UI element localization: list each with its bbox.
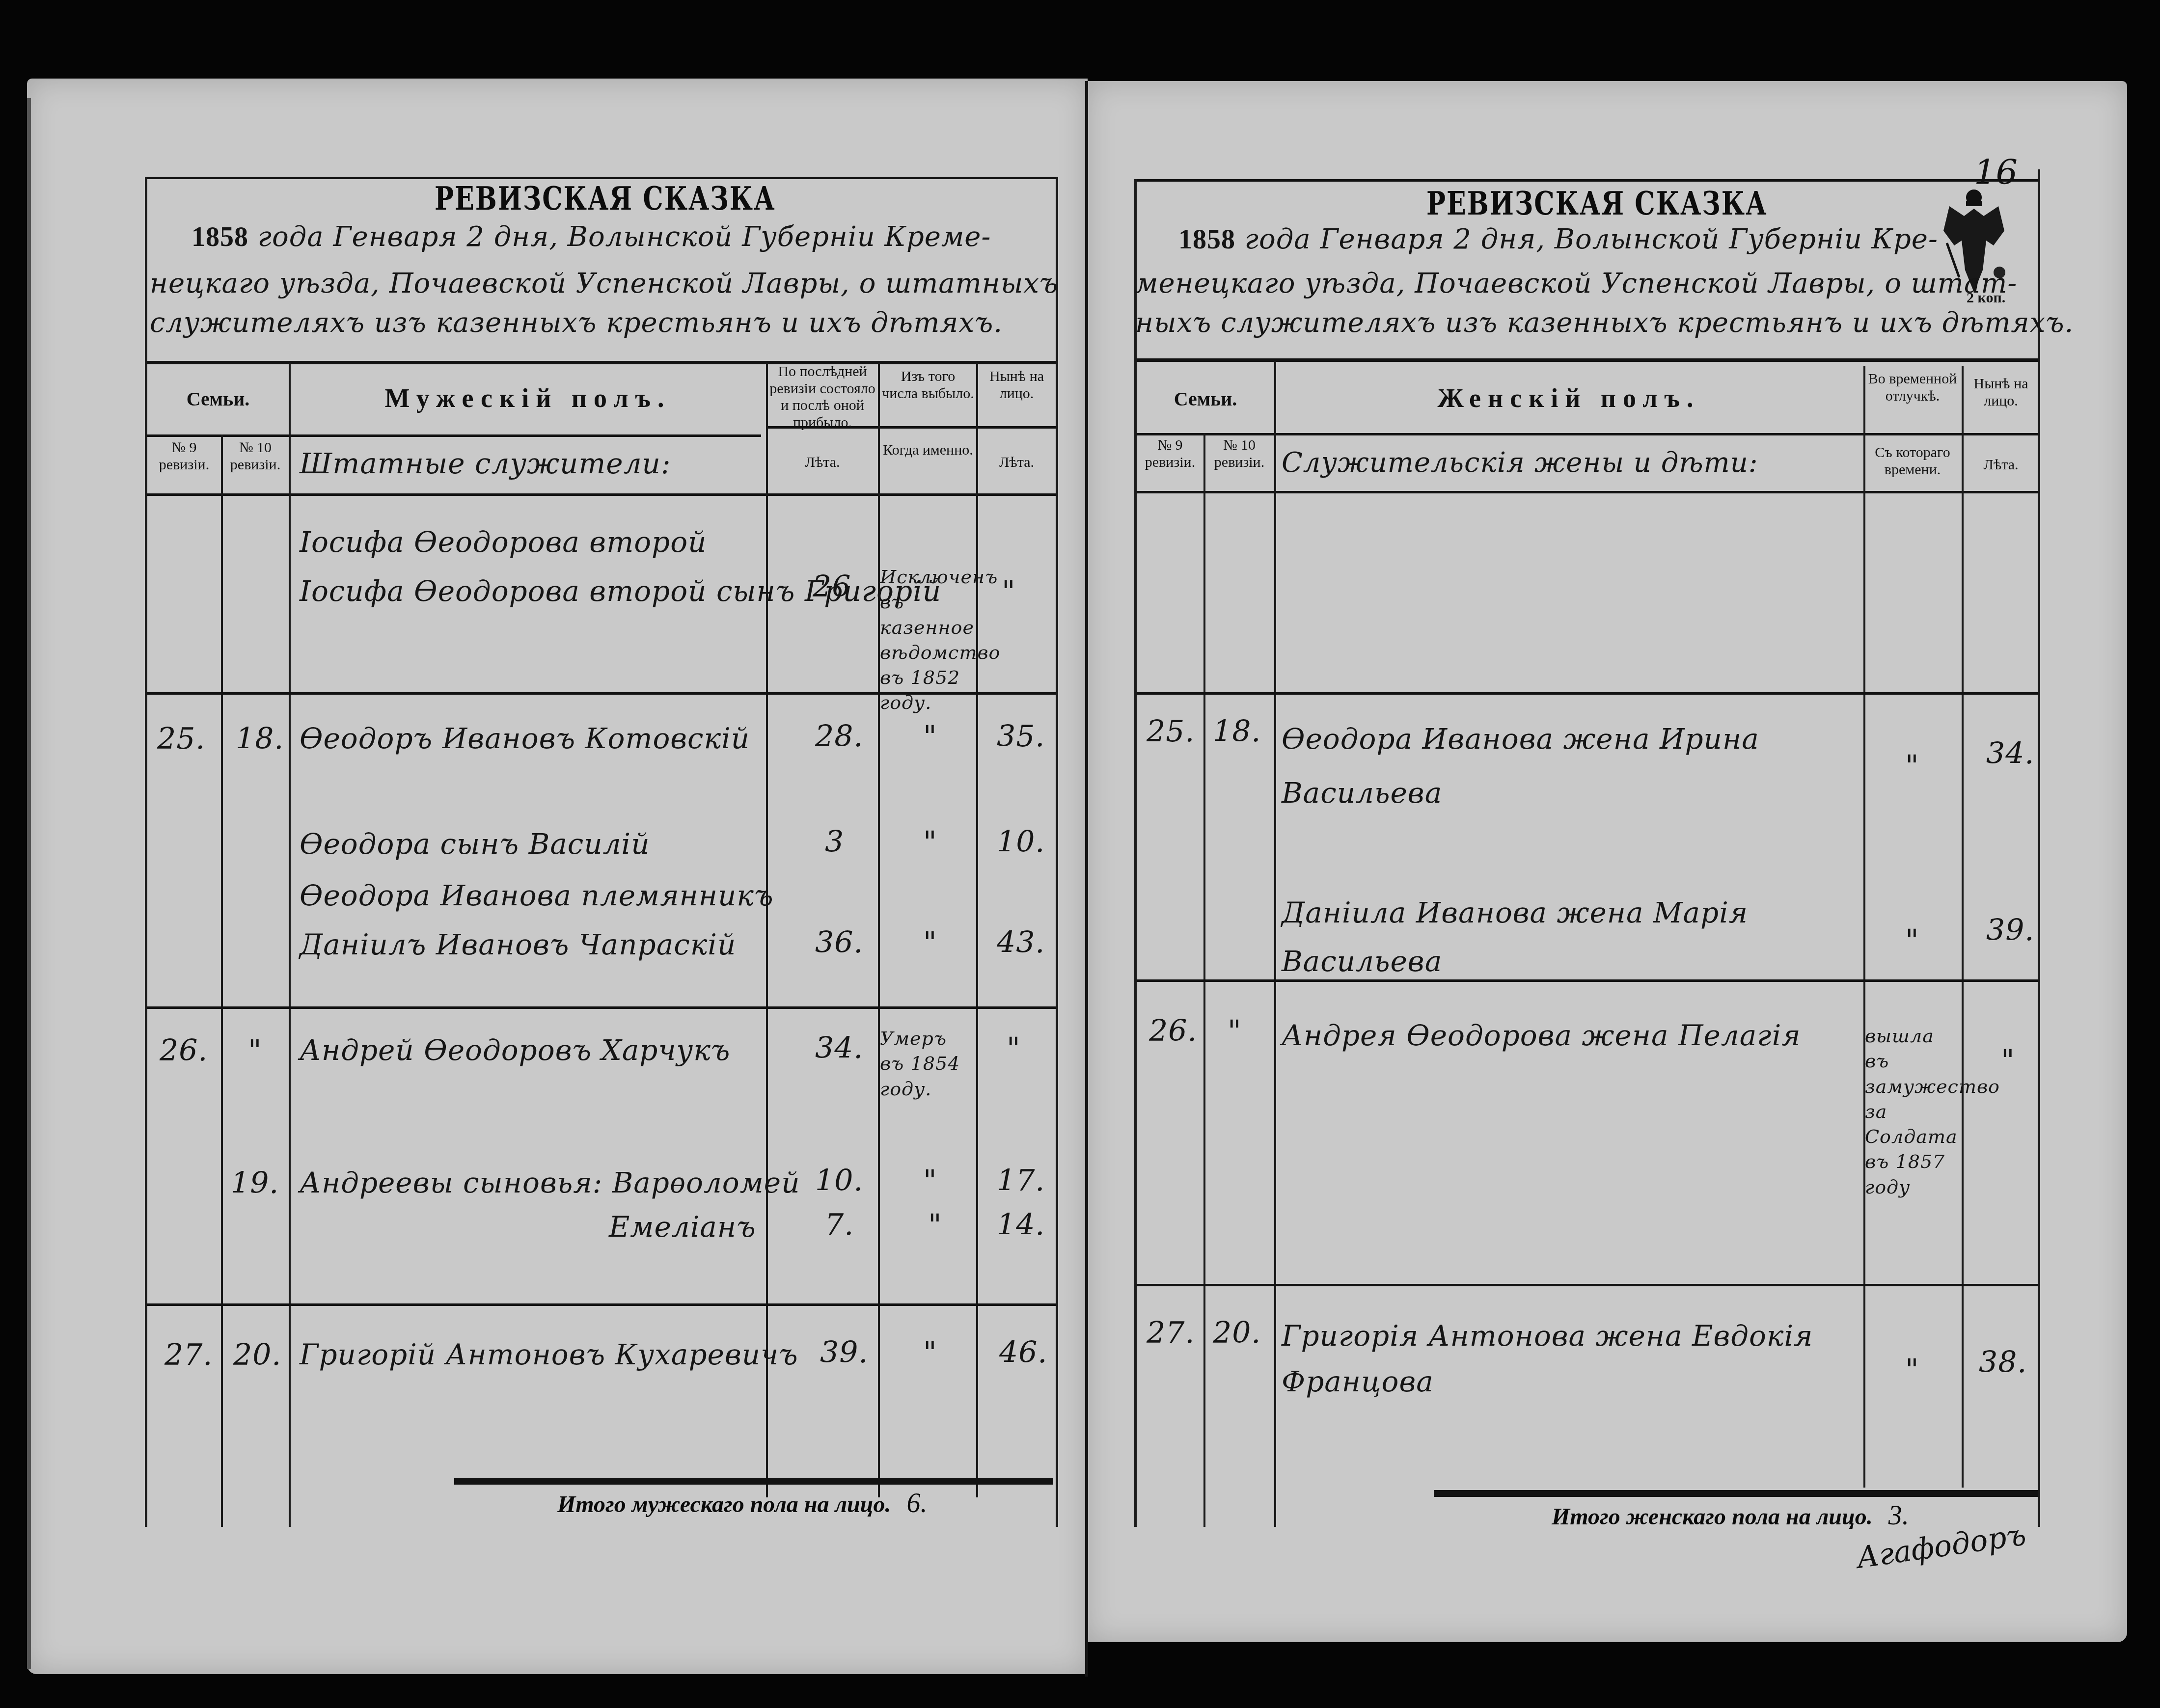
- right-form-title: РЕВИЗСКАЯ СКАЗКА: [1426, 185, 1768, 222]
- right-row-absence: ": [1905, 749, 1919, 783]
- left-row-age-last: 34.: [815, 1031, 863, 1065]
- left-hdr-rev9: № 9 ревизіи.: [147, 439, 221, 473]
- left-total-label: Итого мужескаго пола на лицо.: [557, 1491, 891, 1518]
- left-row-age-now: 35.: [997, 719, 1045, 754]
- right-hdr-section: Женскій полъ.: [1277, 383, 1861, 413]
- left-row-age-now: 14.: [997, 1208, 1045, 1242]
- right-year: 1858: [1178, 224, 1235, 255]
- right-top-rule: [1134, 179, 2040, 182]
- right-row-name: Ѳеодора Иванова жена Ирина Васильева: [1282, 712, 1856, 820]
- left-row-age-now: 43.: [997, 925, 1045, 960]
- left-row-rev10: ": [248, 1033, 262, 1068]
- left-row-age-now: ": [1002, 574, 1016, 609]
- right-row-absence: вышла въ замужество за Солдата въ 1857 г…: [1865, 1024, 1958, 1200]
- left-row-name: Ѳеодоръ Ивановъ Котовскій: [300, 722, 750, 755]
- left-row-rev9: 26.: [160, 1033, 208, 1068]
- right-row-absence: ": [1905, 923, 1919, 957]
- right-hdr-families: Семьи.: [1137, 388, 1274, 410]
- right-total: Итого женскаго пола на лицо. 3.: [1552, 1500, 1909, 1531]
- right-col-now: [1962, 366, 1964, 1488]
- right-row-name: Даніила Иванова жена Марія Васильева: [1282, 889, 1856, 985]
- right-hdr-now: Нынѣ на лицо.: [1964, 376, 2038, 409]
- left-total-value: 6.: [906, 1488, 927, 1518]
- left-header-top-rule: [147, 361, 1056, 364]
- right-intro-line-3: ныхъ служителяхъ изъ казенныхъ крестьянъ…: [1135, 307, 2074, 339]
- right-frame-left: [1134, 179, 1137, 1527]
- left-total: Итого мужескаго пола на лицо. 6.: [557, 1488, 927, 1519]
- left-hdr-years: Лѣта.: [768, 454, 876, 471]
- left-row-age-now: 10.: [997, 825, 1045, 859]
- right-row-rule-3: [1137, 1284, 2038, 1286]
- left-top-rule: [145, 177, 1058, 179]
- right-intro-line-1: 1858 года Генваря 2 дня, Волынской Губер…: [1178, 223, 1938, 255]
- right-hdr-subsection: Служительскія жены и дѣти:: [1282, 447, 1758, 479]
- left-row-rule-3: [147, 1303, 1056, 1306]
- right-row-rev10: ": [1228, 1014, 1242, 1048]
- left-row-age-now: 17.: [997, 1164, 1045, 1198]
- left-row-departed: ": [923, 1335, 937, 1370]
- left-frame-right: [1056, 177, 1058, 1527]
- right-row-rule-1: [1137, 692, 2038, 695]
- left-row-age-last: 39.: [820, 1335, 868, 1370]
- left-row-age-last: 10.: [815, 1164, 863, 1198]
- left-row-rule-2: [147, 1006, 1056, 1009]
- left-col-departed: [878, 363, 880, 1497]
- right-total-label: Итого женскаго пола на лицо.: [1552, 1504, 1873, 1530]
- left-row-age-last: 7.: [825, 1208, 854, 1242]
- left-hdr-subsection: Штатные служители:: [300, 447, 671, 480]
- right-frame-right: [2038, 169, 2040, 1527]
- left-row-age-last: 28.: [815, 719, 863, 754]
- left-header-bottom-rule: [147, 493, 1056, 496]
- right-total-rule: [1434, 1490, 2038, 1497]
- left-col-now: [976, 363, 978, 1497]
- left-col-last: [766, 363, 768, 1497]
- left-total-rule: [454, 1478, 1053, 1485]
- left-row-rev9: 27.: [164, 1338, 213, 1372]
- left-row-rev10: 19.: [231, 1166, 279, 1200]
- left-col-name: [289, 363, 291, 1527]
- right-row-absence: ": [1905, 1353, 1919, 1387]
- right-row-age: 39.: [1986, 913, 2034, 948]
- left-row-departed: ": [928, 1208, 942, 1242]
- left-row-rev10: 18.: [236, 722, 284, 756]
- left-row-age-now: ": [1007, 1031, 1021, 1065]
- left-row-departed: ": [923, 719, 937, 754]
- left-row-rev9: 25.: [157, 722, 205, 756]
- left-form-title: РЕВИЗСКАЯ СКАЗКА: [435, 180, 776, 217]
- left-row-departed: Умеръ въ 1854 году.: [880, 1026, 971, 1102]
- left-row-age-last: 26: [813, 569, 851, 604]
- center-fold: [1085, 81, 1088, 1677]
- right-hdr-since: Съ котораго времени.: [1866, 444, 1959, 478]
- left-row-departed: ": [923, 1164, 937, 1198]
- right-row-age: ": [2001, 1043, 2015, 1078]
- left-row-name: Андрей Ѳеодоровъ Харчукъ: [300, 1033, 731, 1067]
- left-row-name: Іосифа Ѳеодорова второй: [300, 525, 707, 559]
- right-header-top-rule: [1137, 358, 2038, 362]
- right-hdr-rev9: № 9 ревизіи.: [1137, 437, 1203, 471]
- left-row-name: Емеліанъ: [609, 1210, 756, 1244]
- left-hdr-when: Когда именно.: [881, 442, 975, 459]
- left-intro-line-3: служителяхъ изъ казенныхъ крестьянъ и их…: [150, 307, 1003, 339]
- left-row-age-last: 36.: [815, 925, 863, 960]
- right-row-name: Андрея Ѳеодорова жена Пелагія: [1282, 1011, 1856, 1060]
- left-row-name: Ѳеодора Иванова племянникъ: [300, 879, 774, 912]
- right-col-absence: [1863, 366, 1865, 1488]
- right-row-name: Григорія Антонова жена Евдокія Францова: [1282, 1313, 1856, 1405]
- left-hdr-years-now: Лѣта.: [979, 454, 1055, 471]
- right-hdr-years: Лѣта.: [1964, 457, 2038, 474]
- right-col-name: [1274, 361, 1276, 1527]
- left-row-departed: ": [923, 825, 937, 859]
- left-col-rev9: [221, 434, 223, 1527]
- left-hdr-families: Семьи.: [147, 388, 289, 410]
- right-header-mid-rule: [1137, 433, 2038, 435]
- left-row-name: Андреевы сыновья: Варѳоломей: [300, 1166, 800, 1199]
- right-row-rev10: 18.: [1213, 714, 1261, 749]
- right-row-rev10: 20.: [1213, 1316, 1261, 1350]
- right-row-age: 34.: [1986, 736, 2034, 771]
- left-row-departed: Исключенъ въ казенное вѣдомство въ 1852 …: [880, 565, 971, 716]
- left-row-name: Ѳеодора сынъ Василій: [300, 827, 650, 861]
- left-intro-line-2: нецкаго уѣзда, Почаевской Успенской Лавр…: [150, 268, 1058, 299]
- right-row-age: 38.: [1979, 1345, 2027, 1380]
- left-hdr-rev10: № 10 ревизіи.: [222, 439, 289, 473]
- left-intro-line-1: 1858 года Генваря 2 дня, Волынской Губер…: [191, 221, 991, 253]
- right-row-rev9: 25.: [1147, 714, 1195, 749]
- left-row-departed: ": [923, 925, 937, 960]
- left-year: 1858: [191, 222, 248, 252]
- right-row-rev9: 27.: [1147, 1316, 1195, 1350]
- left-row-rev10: 20.: [233, 1338, 281, 1372]
- right-hdr-rev10: № 10 ревизіи.: [1204, 437, 1274, 471]
- left-header-mid-rule: [147, 434, 761, 437]
- left-row-name: Григорій Антоновъ Кухаревичъ: [300, 1338, 798, 1371]
- page-edge: [27, 98, 31, 1669]
- right-hdr-absence: Во временной отлучкѣ.: [1866, 371, 1959, 405]
- right-row-rev9: 26.: [1149, 1014, 1197, 1048]
- left-frame-left: [145, 177, 147, 1527]
- left-hdr-last-revision: По послѣдней ревизіи состояло и послѣ он…: [768, 363, 876, 431]
- right-header-bottom-rule: [1137, 491, 2038, 493]
- left-hdr-departed: Изъ того числа выбыло.: [881, 368, 975, 402]
- right-total-value: 3.: [1888, 1500, 1909, 1531]
- left-row-age-last: 3: [825, 825, 844, 859]
- right-intro-line-2: менецкаго уѣзда, Почаевской Успенской Ла…: [1135, 268, 2017, 299]
- left-hdr-now: Нынѣ на лицо.: [979, 368, 1055, 402]
- left-row-name: Даніилъ Ивановъ Чапраскій: [300, 928, 736, 961]
- left-row-age-now: 46.: [999, 1335, 1047, 1370]
- left-hdr-section: Мужескій полъ.: [290, 383, 766, 413]
